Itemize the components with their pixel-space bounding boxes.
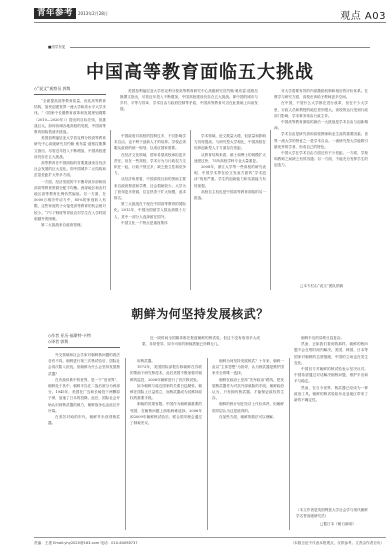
paragraph: 在经济文化领域，国家希望高校承担更多责任。但在一些高校，学术行为与行政权力交织在… <box>114 152 186 177</box>
disclaimer: （本版言论不代表本报观点，仅供参考。文责由作者自负） <box>291 541 384 546</box>
paragraph: 制裁的效果有限。中国作为朝鲜最重要的邻国，在朝核问题上面临两难选择。2006年和… <box>130 401 202 426</box>
paragraph: 中国大学在学术自由方面还有不少差距。一方面，学校和教师之间缺乏有效沟通；另一方面… <box>274 150 368 169</box>
paragraph: 对大学需要有效的内部激励机制和相应的评价体系。在教学与研究方面，高校应该给予教师… <box>274 88 368 100</box>
paragraph: 从教育结构来看，硕士和博士的规模扩大速度过快，75所高校学科专业大量重复。 <box>194 152 266 164</box>
article2-column-3: 朝鲜为何坚持发展核武？十年来，朝鲜一直以“主体思想”为指导，认为核武器是维护国家… <box>212 358 284 530</box>
article1-title: 中国高等教育面临五大挑战 <box>30 58 370 84</box>
divider <box>34 94 106 95</box>
paragraph: 美国加利福尼亚大学伯克利分校高等教育研究中心高级研究员约翰·奥布雷·道格拉斯撰文… <box>34 135 106 160</box>
paragraph: 第二大挑战来自政府管理。 <box>34 222 106 228</box>
article1-column-1: “全面提高高等教育质量，优化高等教育结构，加快创建世界一流大学和高水平大学步伐。… <box>34 98 106 288</box>
column-divider <box>289 358 290 530</box>
article2-column-4: 朝鲜半岛的局势日趋复杂。 然而，正如我们看到的那样，朝鲜的核问题不会在短时间内解… <box>294 335 368 485</box>
translator-line: ◇译者 郭隽 <box>48 339 91 345</box>
issue-date: 2013年2月28日 <box>78 11 108 17</box>
article2-source: □据日本《朝日新闻》 <box>320 521 356 527</box>
article2-column-1: 外交领域和社会学家对朝鲜核问题的看法各有不同。朝鲜进行第三次核试验后，国际社会再… <box>48 352 120 532</box>
paragraph: 朝鲜在政治上坚持“先军政治”路线，把发展核武器作为对抗外部威胁的手段。朝鲜政府认… <box>212 377 284 402</box>
article1-column-2: 中国政府对高校的控制过多，不仅影响学术自由，也不利于创新人才的培养。学校必须服从… <box>114 133 186 288</box>
paragraph: 从经济角度看，中国高校目前的资助主要来自政府拨款和学费，社会捐助较少。大学为了获… <box>114 176 186 201</box>
paragraph: 中国政府对高校的控制过多，不仅影响学术自由，也不利于创新人才的培养。学校必须服从… <box>114 133 186 152</box>
paragraph: 如今朝鲜与周边国家的关系日趋紧张。朝鲜在国际上日益孤立，而核武器成为其维持政权的… <box>130 383 202 402</box>
article2-title: 朝鲜为何坚持发展核武？ <box>30 305 370 322</box>
article1-lede: 美国加利福尼亚大学伯克利分校高等教育研究中心高级研究员约翰·奥布雷·道格拉斯撰文… <box>120 88 258 112</box>
column-divider <box>270 130 271 290</box>
paragraph: 然而，正如我们看到的那样，朝鲜的核问题不会在短时间内解决。美国、韩国、日本等国家… <box>294 341 368 366</box>
paragraph: 中国高等教育面临的最后一大挑战是学术自由与创新精神。 <box>274 119 368 131</box>
paragraph: 第三大挑战在于现在中国高等教育的国际化。2012年，中国出国留学人数达到数十万人… <box>114 201 186 220</box>
paragraph: 在某些方面，朝鲜的做法可以理解。 <box>212 414 284 420</box>
paragraph: 朝鲜为何坚持发展核武？十年来，朝鲜一直以“主体思想”为指导，认为核武器是维护国家… <box>212 358 284 377</box>
paragraph: 在中国，不管什么大学都在进行改革，但在不少大学里，行政人员和教授的地位差别很大。… <box>274 100 368 119</box>
column-divider <box>110 130 111 290</box>
divider <box>34 537 386 538</box>
divider <box>70 47 370 48</box>
paragraph: 学术领域，论文数量大增，但质量和影响力仍待提高。与研究型大学相比，中国高校在培养… <box>194 133 266 152</box>
paragraph: 高校自主权也是中国高等教育面临的另一挑战。 <box>194 189 266 201</box>
paragraph: 一方面，经济发展的不平衡导致东部和西部高等教育资源分配不均衡。西部地区和农村地区… <box>34 179 106 222</box>
paragraph: 中国文化一个特点是重视集体 <box>114 220 186 226</box>
article1-column-3: 学术领域，论文数量大增，但质量和影响力仍待提高。与研究型大学相比，中国高校在培养… <box>194 133 266 288</box>
paragraph: 中国官方对朝鲜的核试验表示坚决反对。中国希望通过对话解决朝核问题，维护半岛和平与… <box>294 366 368 385</box>
article2-author: ◇作者 亚历·福斯特-卡特 ◇译者 郭隽 <box>48 333 91 345</box>
column-tag: ■西学东见 <box>48 45 65 50</box>
article1-column-4: 对大学需要有效的内部激励机制和相应的评价体系。在教学与研究方面，高校应该给予教师… <box>274 88 368 281</box>
paragraph: 2008年，浙江大学等一些高校的研究表明，中国学术界在论文发表方面的“学术泡沫”… <box>194 164 266 189</box>
article1-byline: ◇“说文”观察员 郭隽 <box>34 86 71 92</box>
paragraph: “全面提高高等教育质量，优化高等教育结构，加快创建世界一流大学和高水平大学步伐。… <box>34 98 106 135</box>
column-divider <box>125 358 126 530</box>
paragraph: 1973年，美国国际部报告称朝鲜在苏联的帮助下研究核技术。此后美国不断加强对朝鲜… <box>130 364 202 383</box>
paragraph: 然而，在当今世界，核武器已经成为一种政治工具。朝鲜的核试验给东北亚地区带来了新的… <box>294 385 368 404</box>
paragraph: 在冷战体系中的世界，是一个“旧世界”，朝鲜处于其中，朝鲜半岛在二战后被分为两部分… <box>48 377 120 414</box>
newspaper-logo: 青年参考 <box>34 8 76 19</box>
article2-column-2: 用核武器。 1973年，美国国际部报告称朝鲜在苏联的帮助下研究核技术。此后美国不… <box>130 358 202 530</box>
article1-sign-off: □本专栏由“说文”团队供稿 <box>300 283 343 289</box>
paragraph: 在美苏对峙的年代，朝鲜并未获得核武器。 <box>48 414 120 426</box>
column-divider <box>207 358 208 530</box>
masthead: 青年参考 2013年2月28日 观点 A03 <box>34 7 386 23</box>
column-divider <box>190 130 191 290</box>
paragraph: 外交领域和社会学家对朝鲜核问题的看法各有不同。朝鲜进行第三次核试验后，国际社会再… <box>48 352 120 377</box>
article2-lede: 近一段时间全国媒体都在报道朝鲜的核试验，但这个没有取得多大成果，非常怪异，如今可… <box>142 335 260 347</box>
editor-contact: 责编：王建 Email:yhy2025@163.com 电话：010-64098… <box>34 541 138 546</box>
divider <box>48 347 120 348</box>
paragraph: 朝鲜的核计划在经济上代价高昂，但朝鲜领导层认为这是值得的。 <box>212 401 284 413</box>
paragraph: 高等教育在中国面临的首要挑战来自经济社会发展的巨大变化。即中国城乡二元结构和贫富… <box>34 160 106 179</box>
paragraph: 学术自由是研究者和高校教师职业生涯的重要因素。世界一流大学的特征之一是学术自由。… <box>274 131 368 150</box>
section-label: 观点 A03 <box>340 7 386 22</box>
article2-author-note: （本文作者是英国利兹大学社会学与现代朝鲜学名誉高级研究员） <box>296 507 368 519</box>
